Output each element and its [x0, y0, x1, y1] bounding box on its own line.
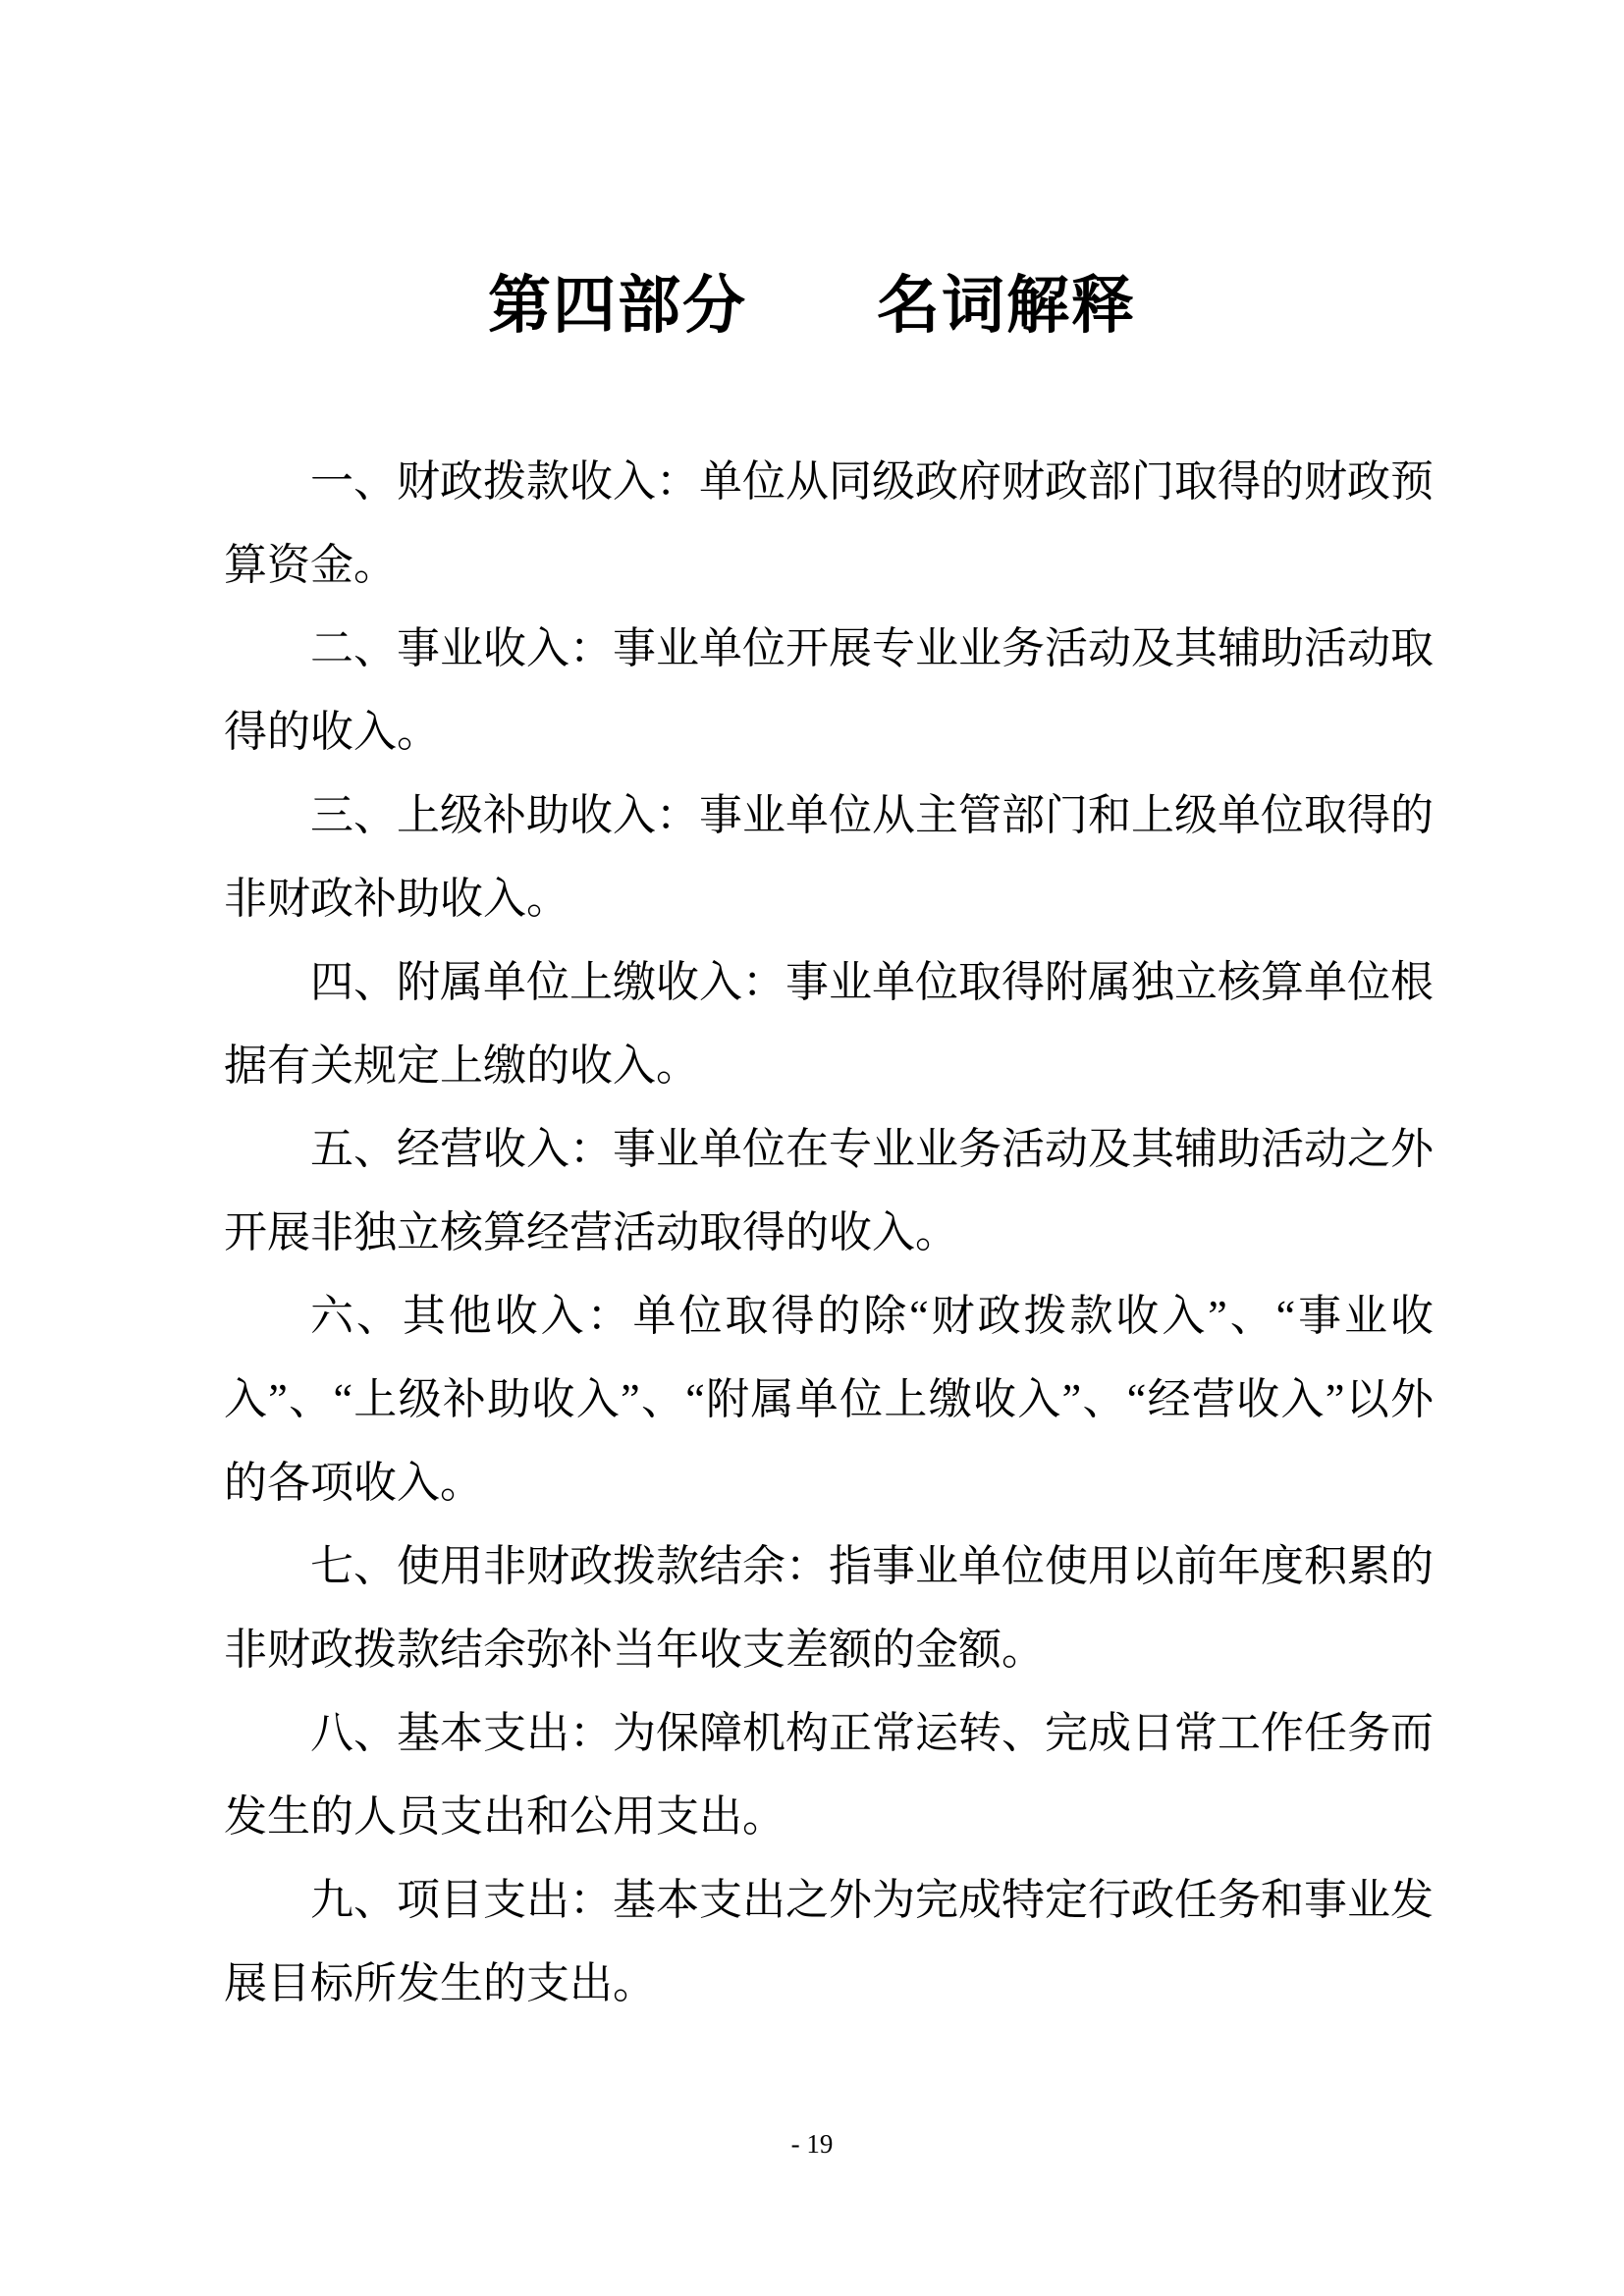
paragraph-8-jiben-zhichu: 八、基本支出：为保障机构正常运转、完成日常工作任务而发生的人员支出和公用支出。 [224, 1691, 1434, 1858]
paragraph-1-caizheng-bokuan-shouru: 一、财政拨款收入：单位从同级政府财政部门取得的财政预算资金。 [224, 440, 1434, 607]
paragraph-9-xiangmu-zhichu: 九、项目支出：基本支出之外为完成特定行政任务和事业发展目标所发生的支出。 [224, 1858, 1434, 2025]
paragraph-5-jingying-shouru: 五、经营收入：事业单位在专业业务活动及其辅助活动之外开展非独立核算经营活动取得的… [224, 1107, 1434, 1274]
page-number: - 19 [0, 2124, 1624, 2163]
paragraph-2-shiye-shouru: 二、事业收入：事业单位开展专业业务活动及其辅助活动取得的收入。 [224, 607, 1434, 774]
paragraph-7-feicaizheng-bokuan-jieyu: 七、使用非财政拨款结余：指事业单位使用以前年度积累的非财政拨款结余弥补当年收支差… [224, 1524, 1434, 1691]
document-page: 第四部分 名词解释 一、财政拨款收入：单位从同级政府财政部门取得的财政预算资金。… [0, 0, 1624, 2296]
page-title: 第四部分 名词解释 [0, 261, 1624, 349]
document-body: 一、财政拨款收入：单位从同级政府财政部门取得的财政预算资金。 二、事业收入：事业… [224, 440, 1434, 2025]
paragraph-6-qita-shouru: 六、其他收入：单位取得的除“财政拨款收入”、“事业收入”、“上级补助收入”、“附… [224, 1274, 1434, 1524]
paragraph-3-shangji-buzhu-shouru: 三、上级补助收入：事业单位从主管部门和上级单位取得的非财政补助收入。 [224, 774, 1434, 940]
paragraph-4-fushu-danwei-shangjiao-shouru: 四、附属单位上缴收入：事业单位取得附属独立核算单位根据有关规定上缴的收入。 [224, 940, 1434, 1107]
